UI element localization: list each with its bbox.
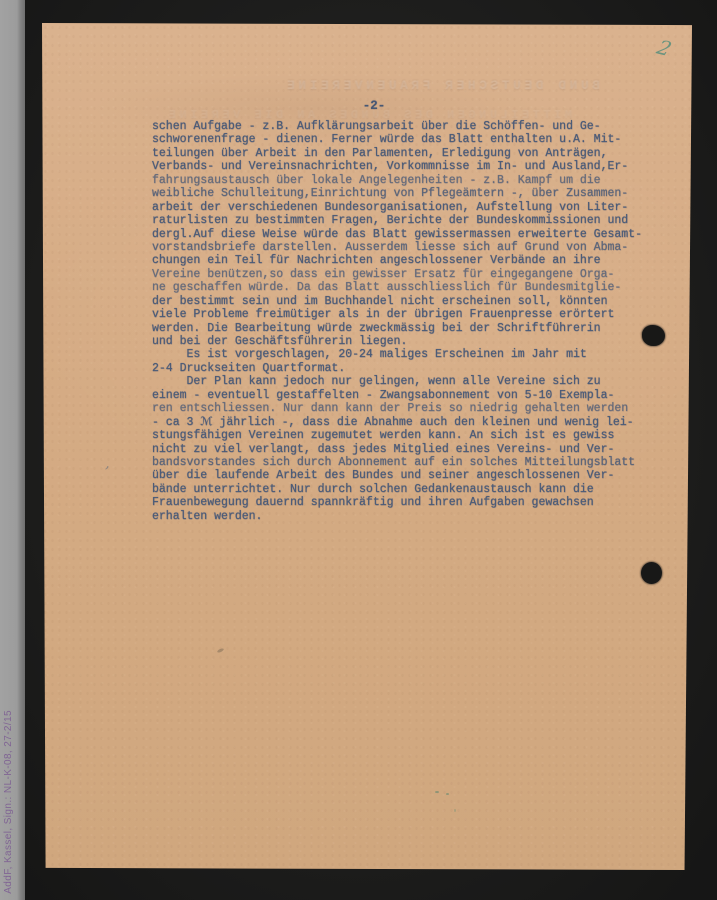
typed-line: über die laufende Arbeit des Bundes und … xyxy=(152,469,652,482)
ink-blot-dot-upper xyxy=(642,325,665,346)
typed-line: teilungen über Arbeit in den Parlamenten… xyxy=(152,147,652,160)
paper-speck xyxy=(435,791,439,793)
document-paper: BUND DEUTSCHER FRAUENVEREINE MITTEILUNGE… xyxy=(42,23,692,870)
typed-page-number: -2- xyxy=(152,99,596,113)
handwritten-margin-mark: , xyxy=(104,454,112,473)
typed-line: Es ist vorgeschlagen, 20-24 maliges Ersc… xyxy=(152,348,652,361)
typed-line: und bei der Geschäftsführerin liegen. xyxy=(152,335,652,348)
ink-blot-dot-lower xyxy=(641,562,662,584)
typed-line: raturlisten zu bestimmten Fragen, Berich… xyxy=(152,214,652,227)
typed-line: bände unterrichtet. Nur durch solchen Ge… xyxy=(152,483,652,496)
scanned-document-page: { "scan": { "archive_label": "AddF, Kass… xyxy=(0,0,717,900)
bleedthrough-text-line1: BUND DEUTSCHER FRAUENVEREINE xyxy=(130,78,600,93)
typed-line: weibliche Schulleitung,Einrichtung von P… xyxy=(152,187,652,200)
archive-edge-strip: AddF, Kassel, Sign.: NL-K-08, 27-2/15 xyxy=(0,0,25,900)
typed-line: 2-4 Druckseiten Quartformat. xyxy=(152,362,652,375)
typed-line: der bestimmt sein und im Buchhandel nich… xyxy=(152,295,652,308)
typed-line: ren entschliessen. Nur dann kann der Pre… xyxy=(152,402,652,415)
archive-signature-label: AddF, Kassel, Sign.: NL-K-08, 27-2/15 xyxy=(3,710,14,894)
typed-line: erhalten werden. xyxy=(152,510,652,523)
typed-line: vorstandsbriefe darstellen. Ausserdem li… xyxy=(152,241,652,254)
typed-line: werden. Die Bearbeitung würde zweckmässi… xyxy=(152,322,652,335)
typed-line: Vereine benützen,so dass ein gewisser Er… xyxy=(152,268,652,281)
typed-line: einem - eventuell gestaffelten - Zwangsa… xyxy=(152,389,652,402)
typed-line: stungsfähigen Vereinen zugemutet werden … xyxy=(152,429,652,442)
paper-speck xyxy=(446,793,449,795)
typed-text-block: schen Aufgabe - z.B. Aufklärungsarbeit ü… xyxy=(152,120,652,523)
typed-line: fahrungsaustausch über lokale Angelegenh… xyxy=(152,174,652,187)
handwritten-page-annotation: 2 xyxy=(654,35,675,61)
typed-line: Der Plan kann jedoch nur gelingen, wenn … xyxy=(152,375,652,388)
typed-line: ne geschaffen würde. Da das Blatt aussch… xyxy=(152,281,652,294)
typed-line: Verbands- und Vereinsnachrichten, Vorkom… xyxy=(152,160,652,173)
typed-line: arbeit der verschiedenen Bundesorganisat… xyxy=(152,201,652,214)
typed-line: - ca 3 ℳ jährlich -, dass die Abnahme au… xyxy=(152,416,652,429)
typed-line: Frauenbewegung dauernd spannkräftig und … xyxy=(152,496,652,509)
paper-smudge xyxy=(217,648,225,654)
typed-line: nicht zu viel verlangt, dass jedes Mitgl… xyxy=(152,443,652,456)
paper-speck xyxy=(454,809,456,812)
typed-line: dergl.Auf diese Weise würde das Blatt ge… xyxy=(152,228,652,241)
typed-line: bandsvorstandes sich durch Abonnement au… xyxy=(152,456,652,469)
typed-line: schen Aufgabe - z.B. Aufklärungsarbeit ü… xyxy=(152,120,652,133)
typed-line: viele Probleme freimütiger als in der üb… xyxy=(152,308,652,321)
typed-line: chungen ein Teil für Nachrichten angesch… xyxy=(152,254,652,267)
scanner-mat: AddF, Kassel, Sign.: NL-K-08, 27-2/15 BU… xyxy=(0,0,717,900)
typed-line: schworenenfrage - dienen. Ferner würde d… xyxy=(152,133,652,146)
